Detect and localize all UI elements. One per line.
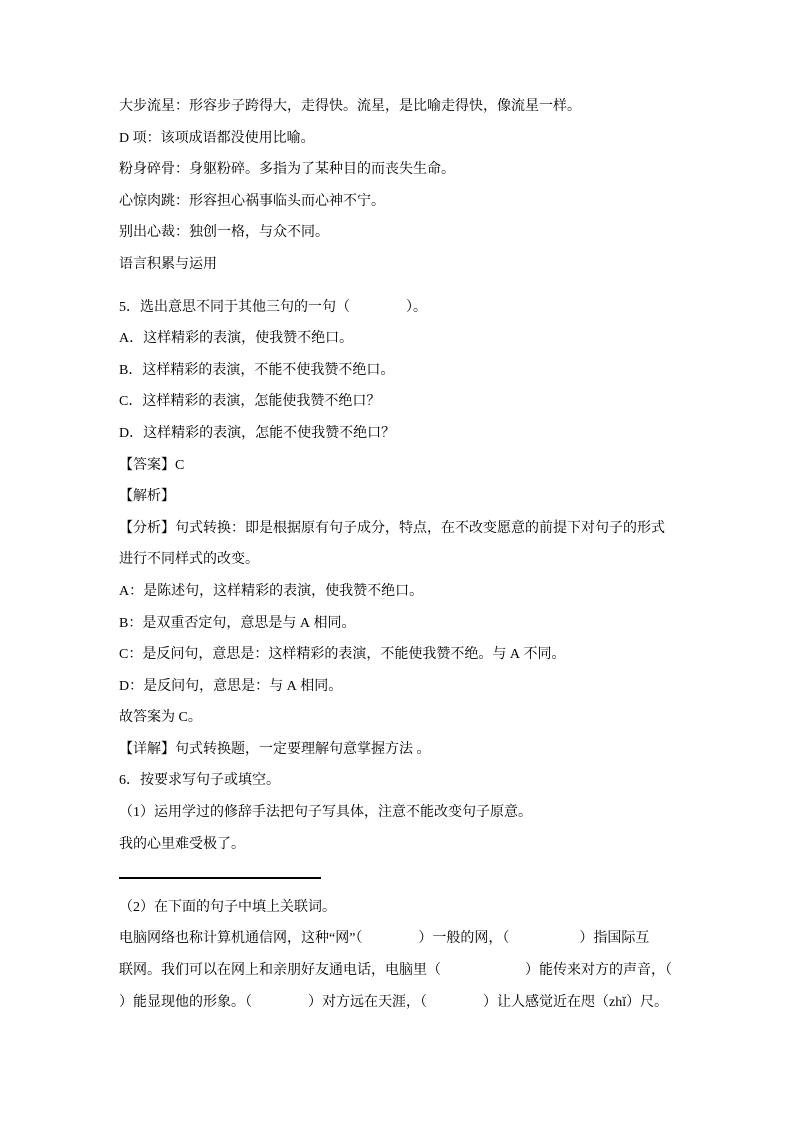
question-6-sub1-sentence: 我的心里难受极了。 — [119, 829, 684, 861]
question-6-sub1-prompt: （1）运用学过的修辞手法把句子写具体，注意不能改变句子原意。 — [119, 797, 684, 829]
question-5-stem: 5．选出意思不同于其他三句的一句（ ）。 — [119, 292, 684, 324]
answer-blank-line — [119, 877, 321, 879]
question-6-sub2-prompt: （2）在下面的句子中填上关联词。 — [119, 892, 684, 924]
gloss-option-d-note: D 项：该项成语都没使用比喻。 — [119, 123, 684, 155]
question-5-detail-note: 【详解】句式转换题，一定要理解句意掌握方法 。 — [119, 734, 684, 766]
question-6-stem: 6．按要求写句子或填空。 — [119, 765, 684, 797]
question-5-analysis-label: 【解析】 — [119, 481, 684, 513]
gloss-fenshensuigu: 粉身碎骨：身躯粉碎。多指为了某种目的而丧失生命。 — [119, 154, 684, 186]
question-6-sub2-line-1: 电脑网络也称计算机通信网，这种“网”（ ）一般的网，（ ）指国际互 — [119, 923, 684, 955]
question-5-analysis-line-2: 进行不同样式的改变。 — [119, 544, 684, 576]
question-5-option-a: A．这样精彩的表演，使我赞不绝口。 — [119, 323, 684, 355]
question-5-option-d: D．这样精彩的表演，怎能不使我赞不绝口？ — [119, 418, 684, 450]
gloss-dabuliuxing: 大步流星：形容步子跨得大，走得快。流星，是比喻走得快，像流星一样。 — [119, 91, 684, 123]
section-heading: 语言积累与运用 — [119, 249, 684, 281]
question-6-sub2-line-2: 联网。我们可以在网上和亲朋好友通电话，电脑里（ ）能传来对方的声音，（ — [119, 955, 684, 987]
question-5-option-c: C．这样精彩的表演，怎能使我赞不绝口？ — [119, 386, 684, 418]
question-5-analysis-b: B：是双重否定句，意思是与 A 相同。 — [119, 608, 684, 640]
question-5-analysis-a: A：是陈述句，这样精彩的表演，使我赞不绝口。 — [119, 576, 684, 608]
document-body: 大步流星：形容步子跨得大，走得快。流星，是比喻走得快，像流星一样。D 项：该项成… — [119, 91, 684, 1018]
question-5-analysis-line-1: 【分析】句式转换：即是根据原有句子成分，特点，在不改变愿意的前提下对句子的形式 — [119, 513, 684, 545]
gloss-biechuxincai: 别出心裁：独创一格，与众不同。 — [119, 217, 684, 249]
question-5-analysis-c: C：是反问句，意思是：这样精彩的表演，不能使我赞不绝。与 A 不同。 — [119, 639, 684, 671]
question-5-conclusion: 故答案为 C。 — [119, 702, 684, 734]
question-6-sub2-line-3: ）能显现他的形象。（ ）对方远在天涯，（ ）让人感觉近在咫（zhǐ）尺。 — [119, 987, 684, 1019]
document-page: 大步流星：形容步子跨得大，走得快。流星，是比喻走得快，像流星一样。D 项：该项成… — [0, 0, 794, 1123]
gloss-xinjingroutiao: 心惊肉跳：形容担心祸事临头而心神不宁。 — [119, 186, 684, 218]
question-6-sub1-answer-line — [119, 860, 684, 892]
question-5-analysis-d: D：是反问句，意思是：与 A 相同。 — [119, 671, 684, 703]
question-5-answer: 【答案】C — [119, 450, 684, 482]
question-5-option-b: B．这样精彩的表演，不能不使我赞不绝口。 — [119, 355, 684, 387]
